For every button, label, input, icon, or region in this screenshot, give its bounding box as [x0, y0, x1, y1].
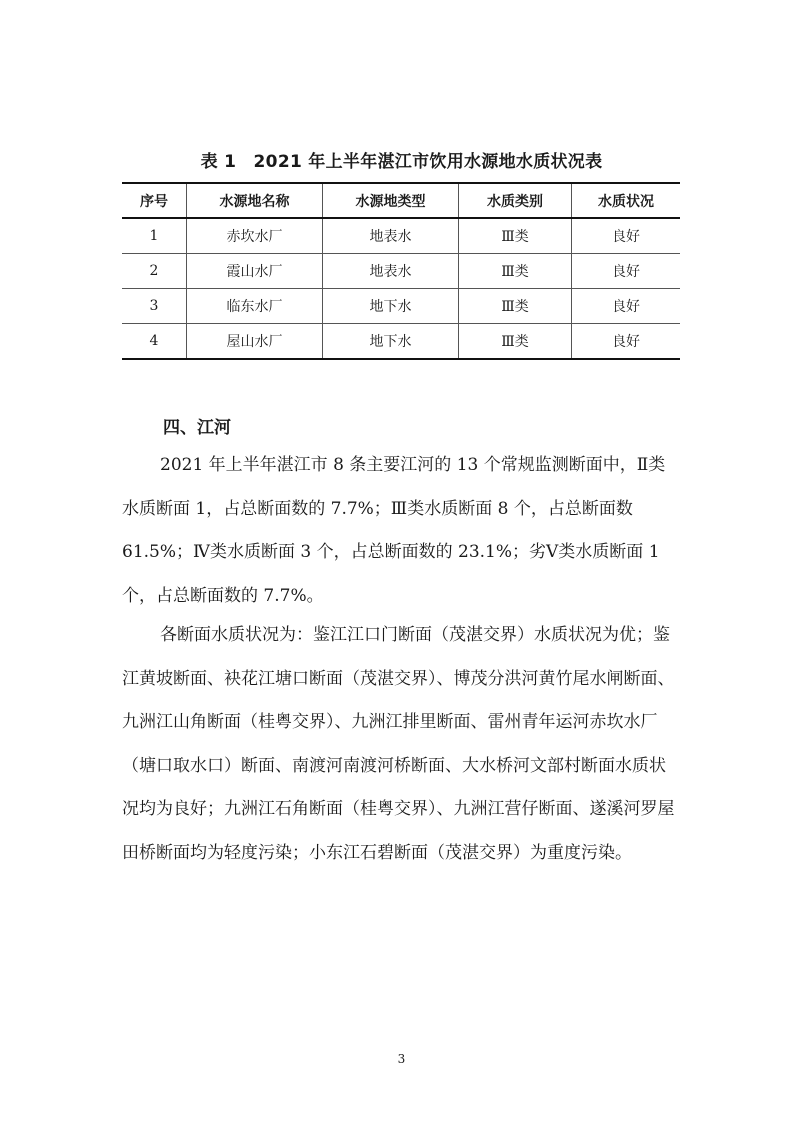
cell-index: 1: [122, 218, 187, 254]
cell-quality-status: 良好: [572, 289, 681, 324]
water-source-quality-table: 序号 水源地名称 水源地类型 水质类别 水质状况 1 赤坎水厂 地表水 Ⅲ类 良…: [122, 182, 680, 360]
table-caption: 表 1 2021 年上半年湛江市饮用水源地水质状况表: [0, 147, 803, 172]
cell-quality-class: Ⅲ类: [459, 324, 572, 360]
cell-source-name: 霞山水厂: [187, 254, 323, 289]
header-source-name: 水源地名称: [187, 183, 323, 218]
cell-source-type: 地表水: [323, 254, 459, 289]
page-number: 3: [0, 1052, 803, 1066]
paragraph-river-summary: 2021 年上半年湛江市 8 条主要江河的 13 个常规监测断面中，Ⅱ类水质断面…: [122, 444, 682, 618]
table-row: 1 赤坎水厂 地表水 Ⅲ类 良好: [122, 218, 680, 254]
section-heading: 四、江河: [163, 413, 231, 438]
header-index: 序号: [122, 183, 187, 218]
cell-quality-status: 良好: [572, 324, 681, 360]
cell-source-type: 地下水: [323, 289, 459, 324]
cell-source-name: 临东水厂: [187, 289, 323, 324]
table-header-row: 序号 水源地名称 水源地类型 水质类别 水质状况: [122, 183, 680, 218]
cell-source-type: 地下水: [323, 324, 459, 360]
cell-index: 2: [122, 254, 187, 289]
cell-index: 3: [122, 289, 187, 324]
cell-quality-class: Ⅲ类: [459, 289, 572, 324]
cell-source-name: 屋山水厂: [187, 324, 323, 360]
cell-quality-class: Ⅲ类: [459, 218, 572, 254]
cell-index: 4: [122, 324, 187, 360]
paragraph-section-details: 各断面水质状况为：鉴江江口门断面（茂湛交界）水质状况为优；鉴江黄坡断面、袂花江塘…: [122, 614, 682, 875]
table-row: 2 霞山水厂 地表水 Ⅲ类 良好: [122, 254, 680, 289]
cell-quality-status: 良好: [572, 218, 681, 254]
table-row: 3 临东水厂 地下水 Ⅲ类 良好: [122, 289, 680, 324]
header-quality-status: 水质状况: [572, 183, 681, 218]
cell-quality-status: 良好: [572, 254, 681, 289]
cell-quality-class: Ⅲ类: [459, 254, 572, 289]
header-quality-class: 水质类别: [459, 183, 572, 218]
cell-source-name: 赤坎水厂: [187, 218, 323, 254]
table-row: 4 屋山水厂 地下水 Ⅲ类 良好: [122, 324, 680, 360]
cell-source-type: 地表水: [323, 218, 459, 254]
header-source-type: 水源地类型: [323, 183, 459, 218]
